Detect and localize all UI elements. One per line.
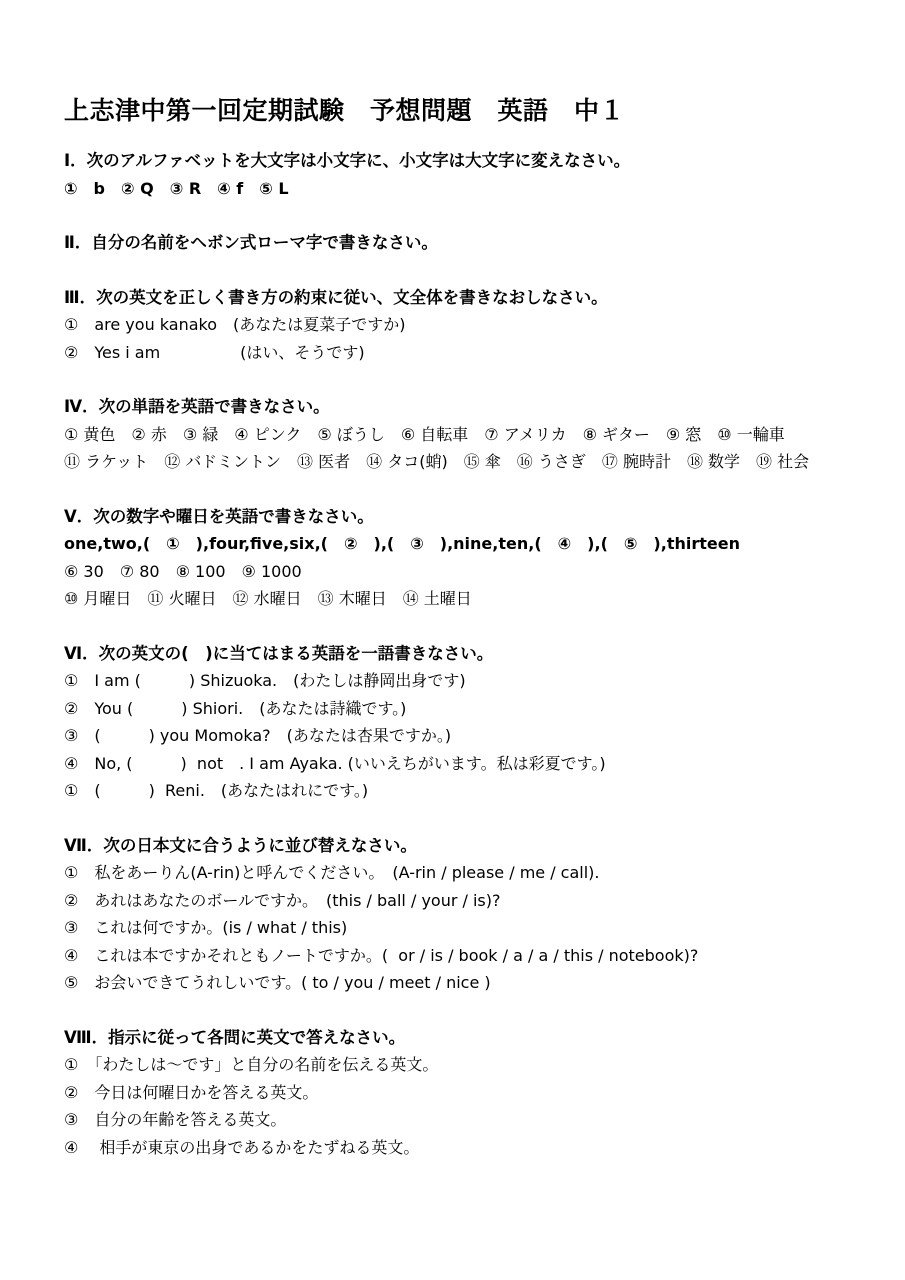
section-heading: Ⅶ．次の日本文に合うように並び替えなさい。	[64, 832, 860, 860]
section-rewrite-sentences: Ⅲ．次の英文を正しく書き方の約束に従い、文全体を書きなおしなさい。 ① are …	[64, 284, 860, 367]
section-heading: Ⅰ．次のアルファベットを大文字は小文字に、小文字は大文字に変えなさい。	[64, 147, 860, 175]
question-line: ① are you kanako (あなたは夏菜子ですか)	[64, 311, 860, 339]
question-line: ① b ② Q ③ R ④ f ⑤ L	[64, 175, 860, 203]
question-line: ④ 相手が東京の出身であるかをたずねる英文。	[64, 1134, 860, 1162]
section-numbers-days: Ⅴ．次の数字や曜日を英語で書きなさい。 one,two,( ① ),four,f…	[64, 503, 860, 613]
section-heading: Ⅳ．次の単語を英語で書きなさい。	[64, 393, 860, 421]
question-line: ② 今日は何曜日かを答える英文。	[64, 1079, 860, 1107]
question-line: ④ これは本ですかそれともノートですか。( or / is / book / a…	[64, 942, 860, 970]
question-line: ③ これは何ですか。(is / what / this)	[64, 914, 860, 942]
question-line: ③ 自分の年齢を答える英文。	[64, 1106, 860, 1134]
section-word-order: Ⅶ．次の日本文に合うように並び替えなさい。 ① 私をあーりん(A-rin)と呼ん…	[64, 832, 860, 997]
question-line: ① ( ) Reni. (あなたはれにです。)	[64, 777, 860, 805]
section-heading: Ⅵ．次の英文の( )に当てはまる英語を一語書きなさい。	[64, 640, 860, 668]
question-line: ① 私をあーりん(A-rin)と呼んでください。 (A-rin / please…	[64, 859, 860, 887]
section-heading: Ⅲ．次の英文を正しく書き方の約束に従い、文全体を書きなおしなさい。	[64, 284, 860, 312]
question-line: ② You ( ) Shiori. (あなたは詩織です。)	[64, 695, 860, 723]
page-title: 上志津中第一回定期試験 予想問題 英語 中１	[64, 96, 860, 126]
section-write-english: Ⅷ．指示に従って各問に英文で答えなさい。 ① 「わたしは～です」と自分の名前を伝…	[64, 1024, 860, 1162]
question-line: one,two,( ① ),four,five,six,( ② ),( ③ ),…	[64, 530, 860, 558]
question-line: ⑤ お会いできてうれしいです。( to / you / meet / nice …	[64, 969, 860, 997]
question-line: ① 黄色 ② 赤 ③ 緑 ④ ピンク ⑤ ぼうし ⑥ 自転車 ⑦ アメリカ ⑧ …	[64, 421, 860, 449]
question-line: ① I am ( ) Shizuoka. (わたしは静岡出身です)	[64, 667, 860, 695]
question-line: ⑪ ラケット ⑫ バドミントン ⑬ 医者 ⑭ タコ(蛸) ⑮ 傘 ⑯ うさぎ ⑰…	[64, 448, 860, 476]
question-line: ③ ( ) you Momoka? (あなたは杏果ですか。)	[64, 722, 860, 750]
section-heading: Ⅷ．指示に従って各問に英文で答えなさい。	[64, 1024, 860, 1052]
question-line: ① 「わたしは～です」と自分の名前を伝える英文。	[64, 1051, 860, 1079]
question-line: ② あれはあなたのボールですか。 (this / ball / your / i…	[64, 887, 860, 915]
question-line: ④ No, ( ) not . I am Ayaka. (いいえちがいます。私は…	[64, 750, 860, 778]
section-alphabet: Ⅰ．次のアルファベットを大文字は小文字に、小文字は大文字に変えなさい。 ① b …	[64, 147, 860, 202]
section-romaji-name: Ⅱ．自分の名前をヘボン式ローマ字で書きなさい。	[64, 229, 860, 257]
section-heading: Ⅴ．次の数字や曜日を英語で書きなさい。	[64, 503, 860, 531]
question-line: ⑥ 30 ⑦ 80 ⑧ 100 ⑨ 1000	[64, 558, 860, 586]
question-line: ⑩ 月曜日 ⑪ 火曜日 ⑫ 水曜日 ⑬ 木曜日 ⑭ 土曜日	[64, 585, 860, 613]
section-fill-blank: Ⅵ．次の英文の( )に当てはまる英語を一語書きなさい。 ① I am ( ) S…	[64, 640, 860, 805]
section-heading: Ⅱ．自分の名前をヘボン式ローマ字で書きなさい。	[64, 229, 860, 257]
exam-page: 上志津中第一回定期試験 予想問題 英語 中１ Ⅰ．次のアルファベットを大文字は小…	[0, 0, 905, 1280]
section-vocabulary: Ⅳ．次の単語を英語で書きなさい。 ① 黄色 ② 赤 ③ 緑 ④ ピンク ⑤ ぼう…	[64, 393, 860, 476]
question-line: ② Yes i am (はい、そうです)	[64, 339, 860, 367]
